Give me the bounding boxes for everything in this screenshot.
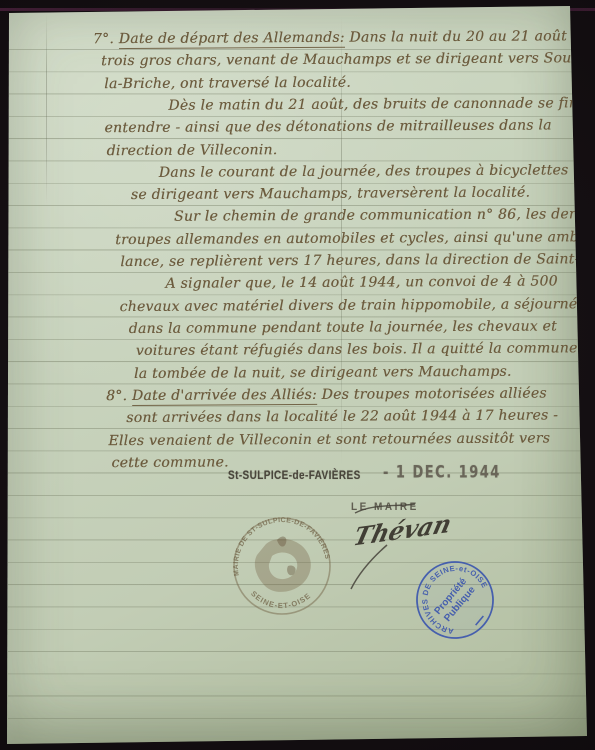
blue-seal-ring [401, 546, 508, 653]
handwriting-line: lance, se replièrent vers 17 heures, dan… [120, 249, 595, 274]
signature-flourish-top [355, 504, 415, 513]
signature-flourish-tail [351, 545, 387, 589]
mairie-round-seal: MAIRIE DE ST-SULPICE-DE-FAVIÈRES SEINE-E… [222, 506, 342, 626]
handwriting-line: chevaux avec matériel divers de train hi… [120, 294, 578, 319]
handwriting-line: sont arrivées dans la localité le 22 aoû… [126, 405, 558, 430]
handwriting-line: 8°. Date d'arrivée des Alliés: Des troup… [106, 383, 547, 408]
handwriting-line: Dans le courant de la journée, des troup… [159, 160, 569, 185]
handwriting-line: trois gros chars, venant de Mauchamps et… [101, 48, 592, 73]
heading-underlined: Date d'arrivée des Alliés: [132, 387, 317, 406]
svg-text:SEINE-ET-OISE: SEINE-ET-OISE [249, 589, 313, 610]
handwriting-line: dans la commune pendant toute la journée… [129, 316, 557, 341]
commune-name-stamp: St-SULPICE-de-FAVIÈRES [228, 469, 361, 483]
handwriting-line: la-Briche, ont traversé la localité. [104, 73, 351, 97]
handwriting-line: 7°. Date de départ des Allemands: Dans l… [93, 26, 595, 51]
paper-sheet: 7°. Date de départ des Allemands: Dans l… [0, 0, 595, 750]
handwriting-segment: Des troupes motorisées alliées [317, 385, 547, 402]
section-number: 7°. [93, 31, 119, 47]
seal-bottom-text: SEINE-ET-OISE [249, 589, 313, 610]
handwriting-line: cette commune. [111, 452, 228, 475]
seal-figure [255, 539, 311, 592]
handwriting-line: voitures étant réfugiés dans les bois. I… [136, 338, 591, 363]
handwriting-line: se dirigeant vers Mauchamps, traversèren… [131, 183, 530, 207]
handwriting-line: Elles venaient de Villeconin et sont ret… [108, 428, 550, 453]
handwriting-line: A signaler que, le 14 août 1944, un conv… [165, 271, 557, 295]
date-stamp: - 1 DEC. 1944 [383, 463, 501, 483]
handwriting-line: entendre - ainsi que des détonations de … [104, 115, 551, 140]
handwriting-line: la tombée de la nuit, se dirigeant vers … [134, 362, 512, 386]
handwriting-segment: Dans la nuit du 20 au 21 août 1944, [345, 28, 595, 46]
handwriting-line: Sur le chemin de grande communication n°… [174, 204, 595, 229]
handwriting-line: Dès le matin du 21 août, des bruits de c… [168, 93, 595, 118]
handwriting-line: direction de Villeconin. [107, 140, 278, 163]
handwriting-line: troupes allemandes en automobiles et cyc… [115, 227, 593, 252]
archives-blue-seal: ARCHIVES DE SEINE-et-OISE Propriété Publ… [399, 544, 511, 656]
section-number: 8°. [106, 388, 132, 404]
heading-underlined: Date de départ des Allemands: [119, 30, 345, 49]
